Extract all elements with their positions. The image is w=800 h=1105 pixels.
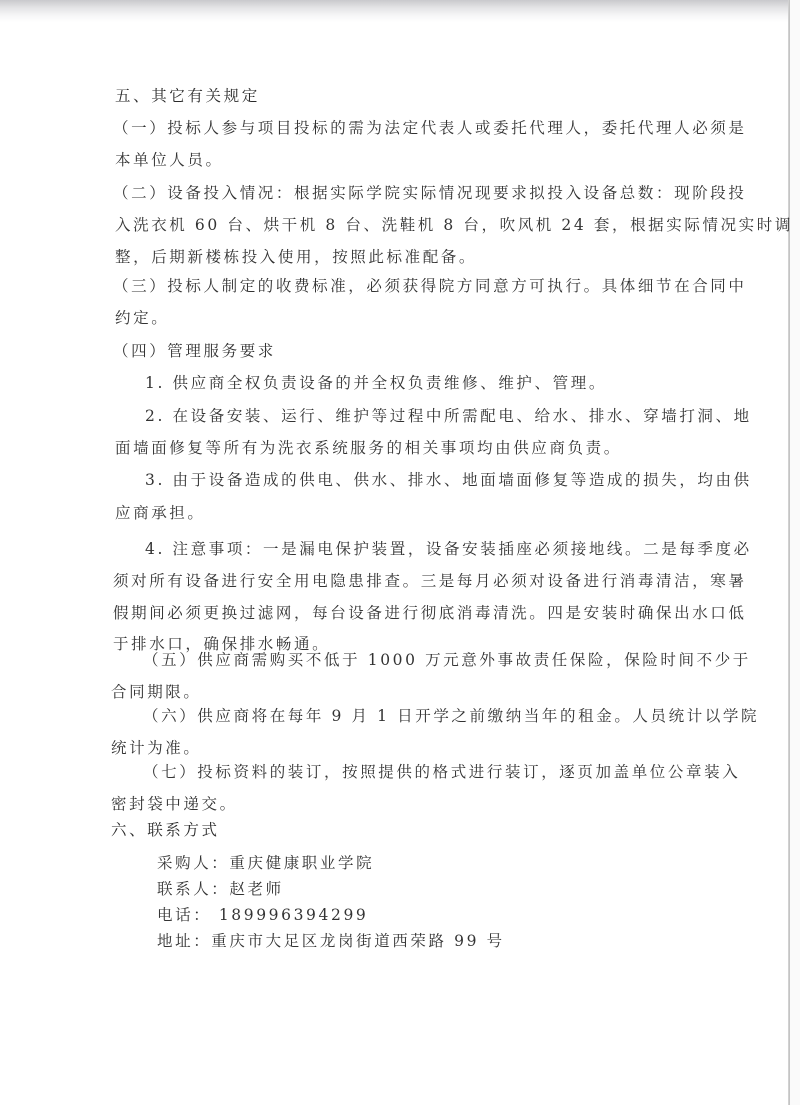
section-five-item-5-line-1: （五）供应商需购买不低于 1000 万元意外事故责任保险，保险时间不少于	[143, 650, 751, 670]
section-five-item-3-line-2: 约定。	[115, 308, 169, 328]
section-five-item-2-line-2: 入洗衣机 60 台、烘干机 8 台、洗鞋机 8 台，吹风机 24 套，根据实际情…	[115, 215, 793, 235]
contact-address: 地址：重庆市大足区龙岗街道西荣路 99 号	[157, 931, 505, 951]
section-five-item-7-line-2: 密封袋中递交。	[111, 794, 238, 814]
section-five-item-1-line-1: （一）投标人参与项目投标的需为法定代表人或委托代理人，委托代理人必须是	[113, 118, 747, 138]
contact-phone: 电话： 189996394299	[157, 905, 368, 925]
requirement-4-line-1: 4. 注意事项：一是漏电保护装置，设备安装插座必须接地线。二是每季度必	[145, 539, 752, 559]
section-five-item-1-line-2: 本单位人员。	[115, 150, 224, 170]
contact-person: 联系人：赵老师	[157, 879, 284, 899]
section-five-item-6-line-2: 统计为准。	[111, 738, 202, 758]
requirement-3-line-1: 3. 由于设备造成的供电、供水、排水、地面墙面修复等造成的损失，均由供	[145, 470, 752, 490]
management-requirements-heading: （四）管理服务要求	[113, 341, 276, 361]
contact-purchaser: 采购人：重庆健康职业学院	[157, 853, 374, 873]
requirement-2-line-2: 面墙面修复等所有为洗衣系统服务的相关事项均由供应商负责。	[115, 438, 622, 458]
section-five-item-3-line-1: （三）投标人制定的收费标准，必须获得院方同意方可执行。具体细节在合同中	[113, 276, 747, 296]
section-five-heading: 五、其它有关规定	[115, 86, 260, 106]
requirement-1: 1. 供应商全权负责设备的并全权负责维修、维护、管理。	[145, 373, 607, 393]
section-five-item-7-line-1: （七）投标资料的装订，按照提供的格式进行装订，逐页加盖单位公章装入	[143, 762, 740, 782]
section-five-item-2-line-1: （二）设备投入情况：根据实际学院实际情况现要求拟投入设备总数：现阶段投	[113, 183, 747, 203]
requirement-4-line-3: 假期间必须更换过滤网，每台设备进行彻底消毒清洗。四是安装时确保出水口低	[113, 603, 747, 623]
requirement-4-line-2: 须对所有设备进行安全用电隐患排查。三是每月必须对设备进行消毒清洁，寒暑	[113, 571, 747, 591]
document-page: 五、其它有关规定 （一）投标人参与项目投标的需为法定代表人或委托代理人，委托代理…	[0, 0, 800, 1105]
section-five-item-6-line-1: （六）供应商将在每年 9 月 1 日开学之前缴纳当年的租金。人员统计以学院	[143, 706, 759, 726]
requirement-3-line-2: 应商承担。	[115, 503, 206, 523]
requirement-2-line-1: 2. 在设备安装、运行、维护等过程中所需配电、给水、排水、穿墙打洞、地	[145, 406, 752, 426]
section-five-item-2-line-3: 整，后期新楼栋投入使用，按照此标准配备。	[115, 247, 477, 267]
section-six-heading: 六、联系方式	[111, 820, 220, 840]
section-five-item-5-line-2: 合同期限。	[111, 682, 202, 702]
